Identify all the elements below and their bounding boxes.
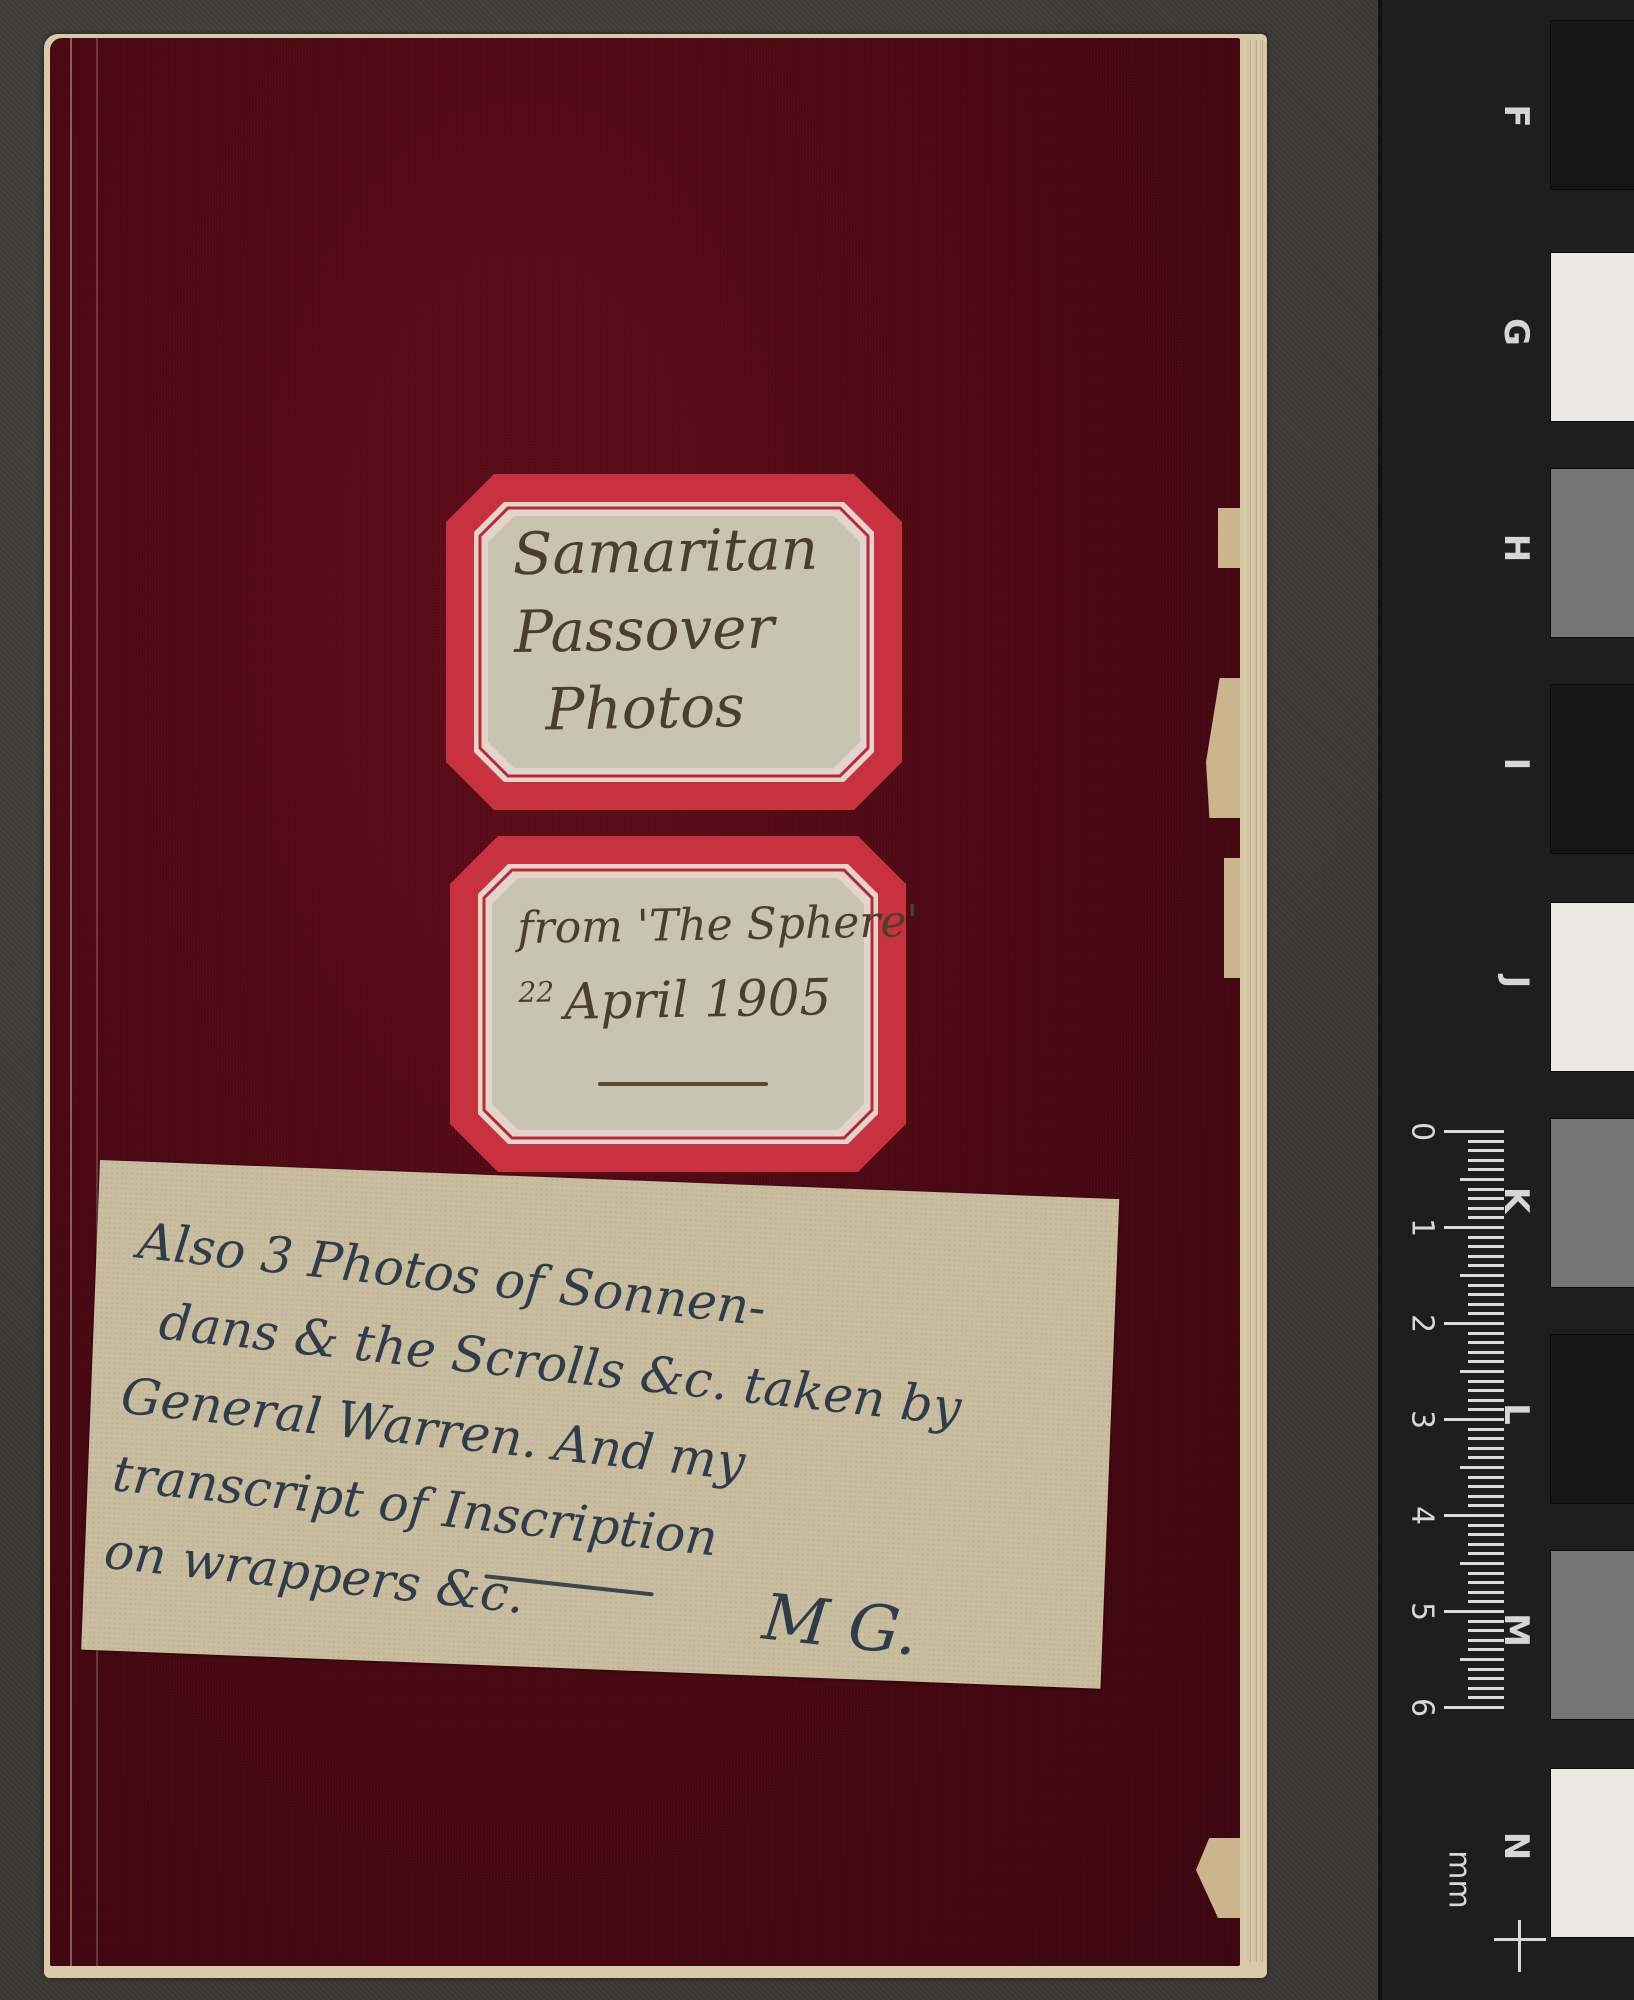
- ruler-label: 5: [1405, 1594, 1440, 1630]
- ruler-tick: [1468, 1447, 1504, 1450]
- ruler-tick: [1468, 1476, 1504, 1479]
- ruler-tick: [1468, 1639, 1504, 1642]
- ruler-tick: [1468, 1197, 1504, 1200]
- gray-patch-k: [1550, 1118, 1634, 1288]
- ruler-tick: [1468, 1312, 1504, 1315]
- cover-tear: [1224, 858, 1240, 978]
- patch-letter-j: J: [1496, 962, 1536, 1002]
- cover-tear: [1218, 508, 1240, 568]
- label-line: Photos: [515, 665, 866, 749]
- ruler-label: 0: [1405, 1114, 1440, 1150]
- spine-crease-inner: [96, 38, 98, 1966]
- gray-patch-j: [1550, 902, 1634, 1072]
- label-samaritan-passover: Samaritan Passover Photos: [444, 472, 904, 812]
- patch-letter-h: H: [1496, 528, 1536, 568]
- ruler-tick: [1468, 1360, 1504, 1363]
- gray-patch-i: [1550, 684, 1634, 854]
- handwritten-note-card: Also 3 Photos of Sonnen- dans & the Scro…: [81, 1160, 1119, 1689]
- label-underline: [598, 1082, 768, 1086]
- ruler-tick: [1468, 1504, 1504, 1507]
- ruler-tick: [1468, 1677, 1504, 1680]
- ruler-tick: [1444, 1418, 1504, 1421]
- ruler-tick: [1468, 1351, 1504, 1354]
- ruler-tick: [1468, 1687, 1504, 1690]
- patch-letter-i: I: [1496, 744, 1536, 784]
- ruler-tick: [1468, 1399, 1504, 1402]
- ruler-tick: [1460, 1370, 1504, 1373]
- ruler-tick: [1468, 1552, 1504, 1555]
- ruler-label: 1: [1405, 1210, 1440, 1246]
- page-edges: [1247, 40, 1267, 1962]
- gray-patch-f: [1550, 20, 1634, 190]
- ruler-tick: [1468, 1533, 1504, 1536]
- label-line: from 'The Sphere': [517, 891, 868, 961]
- ruler-label: 6: [1405, 1690, 1440, 1726]
- ruler-tick: [1468, 1629, 1504, 1632]
- ruler-tick: [1468, 1245, 1504, 1248]
- ruler-tick: [1460, 1658, 1504, 1661]
- ruler-tick: [1468, 1620, 1504, 1623]
- ruler-tick: [1468, 1696, 1504, 1699]
- ruler-tick: [1460, 1178, 1504, 1181]
- label-handwriting: from 'The Sphere' 22 April 1905: [517, 891, 869, 1035]
- ruler-tick: [1460, 1466, 1504, 1469]
- ruler-label: 2: [1405, 1306, 1440, 1342]
- ruler-tick: [1468, 1303, 1504, 1306]
- ruler-tick: [1468, 1581, 1504, 1584]
- ruler-tick: [1468, 1485, 1504, 1488]
- label-line: April 1905: [564, 968, 832, 1031]
- ruler-tick: [1468, 1332, 1504, 1335]
- ruler-tick: [1444, 1514, 1504, 1517]
- label-date-day: 22: [518, 975, 554, 1009]
- ruler-tick: [1468, 1159, 1504, 1162]
- gray-patch-g: [1550, 252, 1634, 422]
- note-handwriting: Also 3 Photos of Sonnen- dans & the Scro…: [100, 1202, 1073, 1691]
- ruler-tick: [1468, 1648, 1504, 1651]
- ruler-tick: [1468, 1255, 1504, 1258]
- gray-patch-h: [1550, 468, 1634, 638]
- ruler-tick: [1444, 1322, 1504, 1325]
- ruler-label: 4: [1405, 1498, 1440, 1534]
- label-line: Passover: [513, 587, 864, 671]
- ruler-tick: [1468, 1495, 1504, 1498]
- gray-patch-l: [1550, 1334, 1634, 1504]
- ruler-tick: [1468, 1591, 1504, 1594]
- ruler-tick: [1468, 1380, 1504, 1383]
- ruler-tick: [1468, 1408, 1504, 1411]
- ruler-tick: [1468, 1216, 1504, 1219]
- ruler-tick: [1468, 1149, 1504, 1152]
- ruler-tick: [1468, 1168, 1504, 1171]
- ruler-tick: [1468, 1600, 1504, 1603]
- spine-crease: [70, 38, 72, 1966]
- label-from-the-sphere: from 'The Sphere' 22 April 1905: [448, 834, 908, 1174]
- ruler-unit-label: mm: [1442, 1850, 1477, 1908]
- ruler-tick: [1468, 1437, 1504, 1440]
- patch-letter-g: G: [1496, 312, 1536, 352]
- ruler-tick: [1468, 1543, 1504, 1546]
- ruler-tick: [1460, 1562, 1504, 1565]
- ruler-tick: [1468, 1140, 1504, 1143]
- label-line: Samaritan: [512, 509, 863, 593]
- mm-ruler: 0 1 2 3 4 5 6: [1404, 1120, 1504, 1880]
- ruler-tick: [1468, 1572, 1504, 1575]
- ruler-tick: [1468, 1236, 1504, 1239]
- ruler-tick: [1468, 1389, 1504, 1392]
- ruler-tick: [1468, 1456, 1504, 1459]
- ruler-tick: [1468, 1668, 1504, 1671]
- ruler-tick: [1444, 1226, 1504, 1229]
- ruler-tick: [1468, 1207, 1504, 1210]
- gray-patch-m: [1550, 1550, 1634, 1720]
- ruler-tick: [1460, 1274, 1504, 1277]
- ruler-tick: [1468, 1264, 1504, 1267]
- ruler-tick: [1444, 1610, 1504, 1613]
- ruler-tick: [1468, 1293, 1504, 1296]
- ruler-tick: [1444, 1706, 1504, 1709]
- ruler-label: 3: [1405, 1402, 1440, 1438]
- gray-patch-n: [1550, 1768, 1634, 1938]
- registration-crosshair-icon: [1494, 1920, 1546, 1972]
- patch-letter-f: F: [1496, 96, 1536, 136]
- label-handwriting: Samaritan Passover Photos: [512, 509, 866, 749]
- ruler-tick: [1468, 1428, 1504, 1431]
- ruler-tick: [1468, 1284, 1504, 1287]
- ruler-tick: [1468, 1524, 1504, 1527]
- strip-edge: [1378, 0, 1382, 2000]
- ruler-tick: [1468, 1188, 1504, 1191]
- ruler-tick: [1444, 1130, 1504, 1133]
- ruler-tick: [1468, 1341, 1504, 1344]
